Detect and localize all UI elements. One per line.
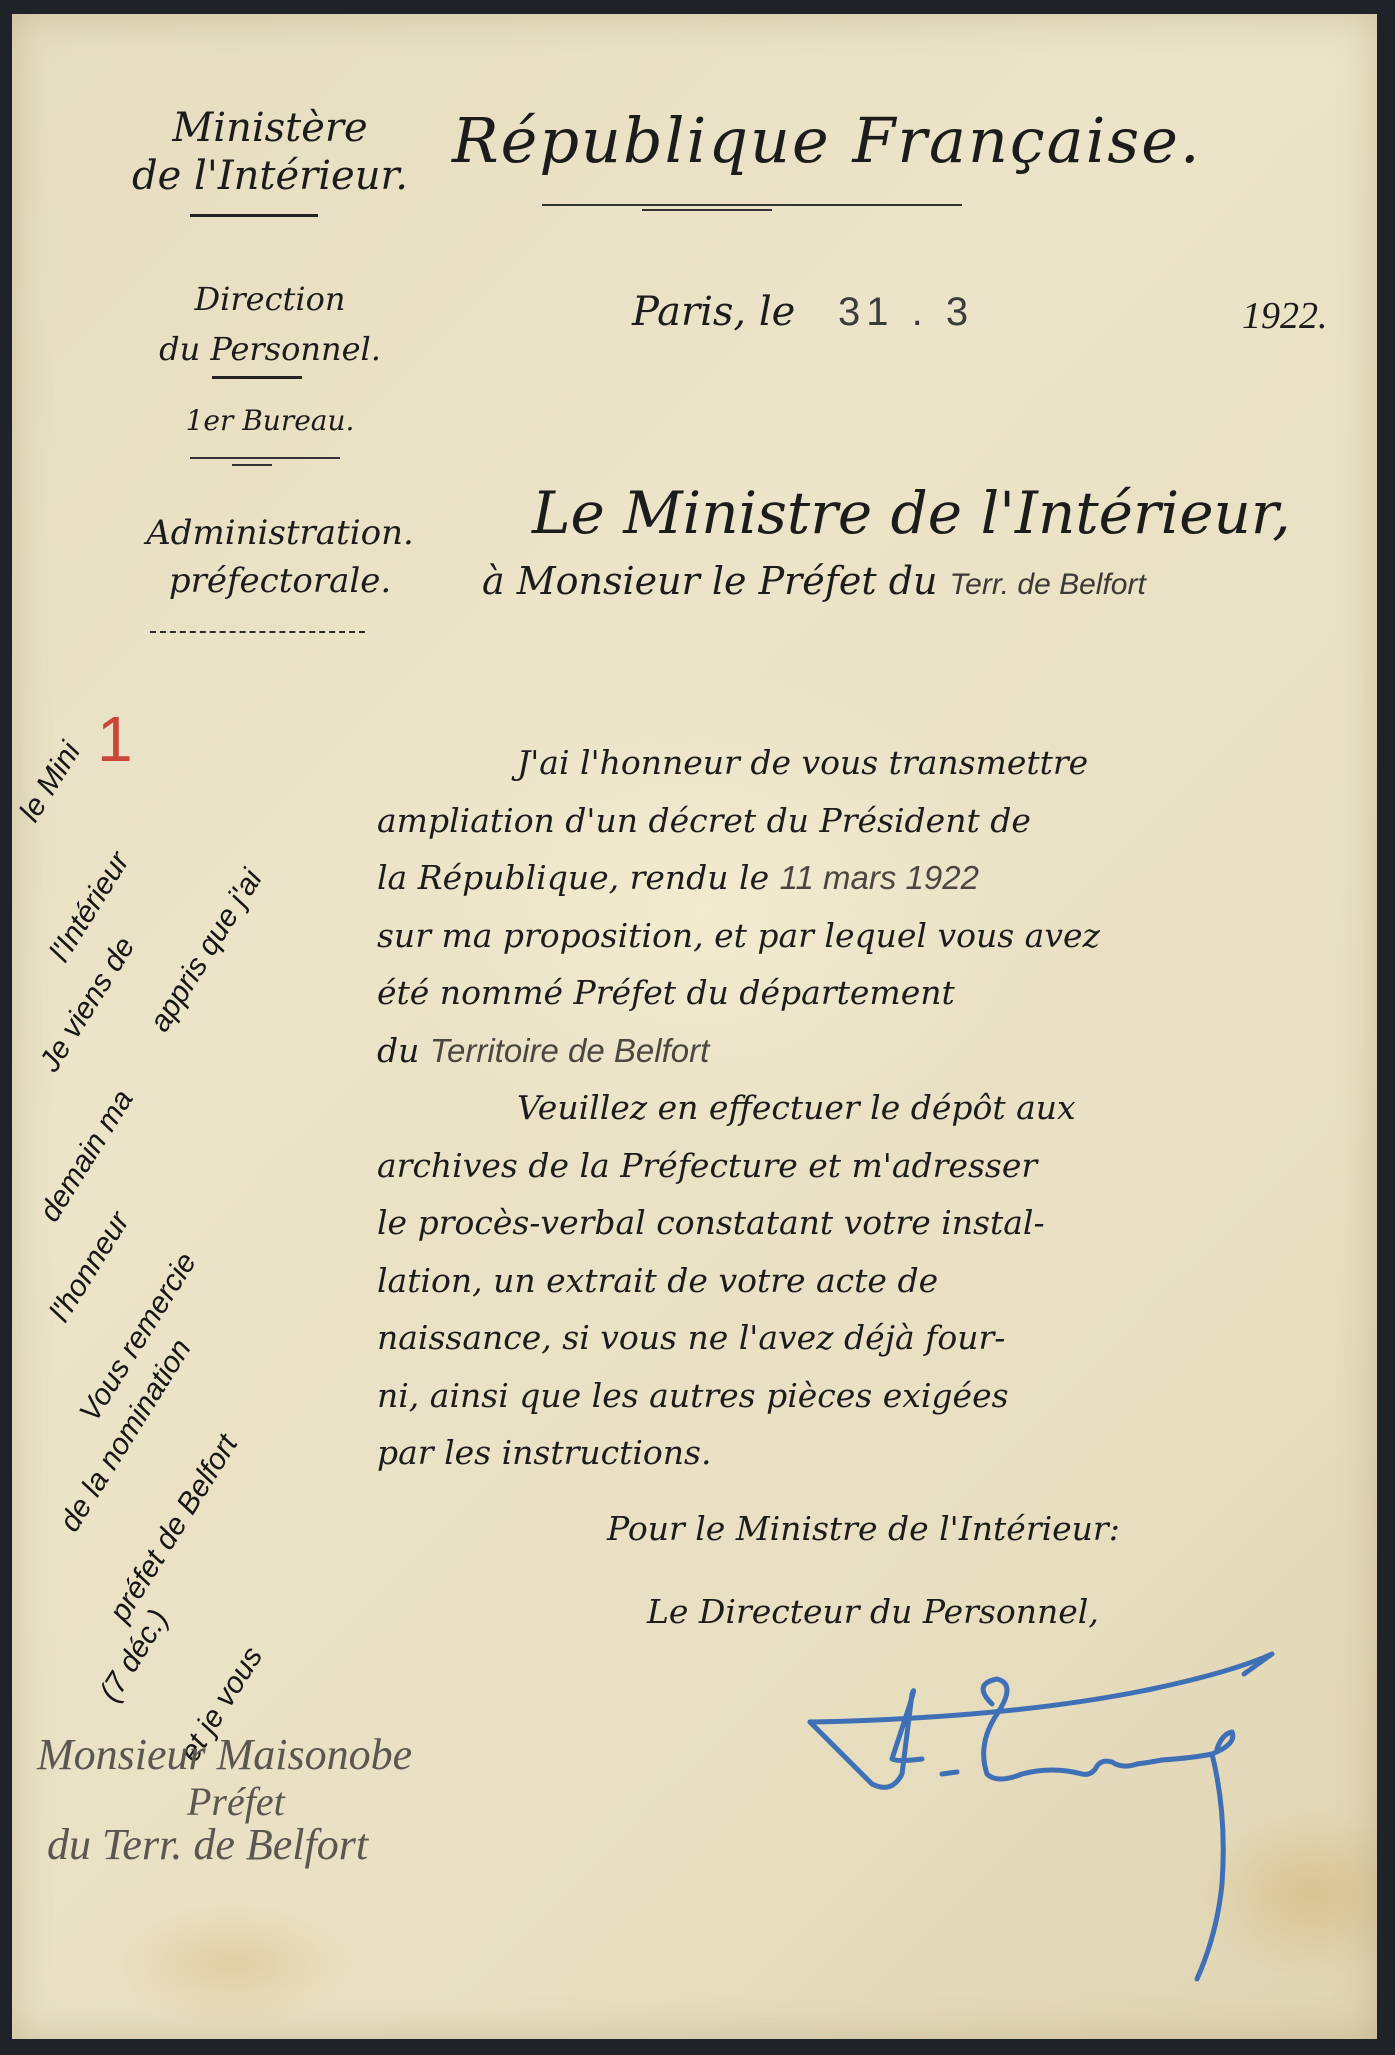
divider xyxy=(190,457,340,459)
addressee-handwritten: Terr. de Belfort xyxy=(950,568,1146,601)
body-line: le procès-verbal constatant votre instal… xyxy=(377,1194,1357,1252)
place-prefix: Paris, le xyxy=(632,289,795,335)
body-line: par les instructions. xyxy=(377,1424,1357,1482)
service-line1: Administration. xyxy=(146,513,414,553)
recipient-annotation: Monsieur Maisonobe Préfet du Terr. de Be… xyxy=(37,1729,477,1870)
service-heading: Administration. préfectorale. xyxy=(100,509,460,605)
sender-heading: Le Ministre de l'Intérieur, xyxy=(532,479,1291,547)
red-number-mark: 1 xyxy=(97,702,133,776)
body-line: J'ai l'honneur de vous transmettre xyxy=(377,734,1357,792)
date-line: Paris, le 31 . 3 xyxy=(632,289,974,335)
addressee-line: à Monsieur le Préfet du Terr. de Belfort xyxy=(482,559,1146,603)
body-line: ampliation d'un décret du Président de xyxy=(377,792,1357,850)
divider xyxy=(190,214,318,217)
addressee-prefix: à Monsieur le Préfet du xyxy=(482,559,938,603)
body-line: naissance, si vous ne l'avez déjà four- xyxy=(377,1309,1357,1367)
body-line: archives de la Préfecture et m'adresser xyxy=(377,1137,1357,1195)
bureau-label: 1er Bureau. xyxy=(100,404,440,437)
margin-note-line: le Mini xyxy=(13,736,88,828)
direction-heading: Direction du Personnel. xyxy=(100,274,440,374)
title-underline xyxy=(542,204,962,206)
recipient-department: du Terr. de Belfort xyxy=(37,1819,477,1870)
ministry-heading: Ministère de l'Intérieur. xyxy=(100,104,440,200)
year: 1922. xyxy=(1242,294,1328,338)
body-line: été nommé Préfet du département xyxy=(377,964,1357,1022)
direction-line1: Direction xyxy=(194,280,345,318)
date-handwritten: 31 . 3 xyxy=(838,290,974,334)
margin-note-line: demain ma xyxy=(33,1084,140,1228)
closing-line2: Le Directeur du Personnel, xyxy=(647,1592,1099,1631)
title-underline xyxy=(642,209,772,211)
margin-annotations: 1 le Mini l'Intérieur Je viens de appris… xyxy=(22,674,382,1754)
service-line2: préfectorale. xyxy=(169,561,391,601)
divider xyxy=(150,631,365,633)
closing-line1: Pour le Ministre de l'Intérieur: xyxy=(607,1509,1120,1548)
recipient-title: Préfet xyxy=(37,1778,477,1825)
body-line: du Territoire de Belfort xyxy=(377,1022,1357,1080)
signature-icon xyxy=(792,1634,1292,1994)
direction-line2: du Personnel. xyxy=(159,330,381,368)
letter-paper: Ministère de l'Intérieur. Direction du P… xyxy=(12,14,1377,2039)
body-line: Veuillez en effectuer le dépôt aux xyxy=(377,1079,1357,1137)
decree-date-handwritten: 11 mars 1922 xyxy=(780,859,979,896)
department-handwritten: Territoire de Belfort xyxy=(430,1032,709,1069)
divider xyxy=(232,464,272,466)
divider xyxy=(212,376,302,379)
margin-note-line: appris que j'ai xyxy=(143,864,269,1038)
body-line: ni, ainsi que les autres pièces exigées xyxy=(377,1367,1357,1425)
ministry-line1: Ministère xyxy=(172,105,367,151)
recipient-name: Monsieur Maisonobe xyxy=(37,1729,477,1780)
body-line: la République, rendu le 11 mars 1922 xyxy=(377,849,1357,907)
ministry-line2: de l'Intérieur. xyxy=(132,153,408,199)
letter-body: J'ai l'honneur de vous transmettre ampli… xyxy=(377,734,1357,1482)
body-line: lation, un extrait de votre acte de xyxy=(377,1252,1357,1310)
body-line: sur ma proposition, et par lequel vous a… xyxy=(377,907,1357,965)
republic-title: République Française. xyxy=(452,104,1202,177)
